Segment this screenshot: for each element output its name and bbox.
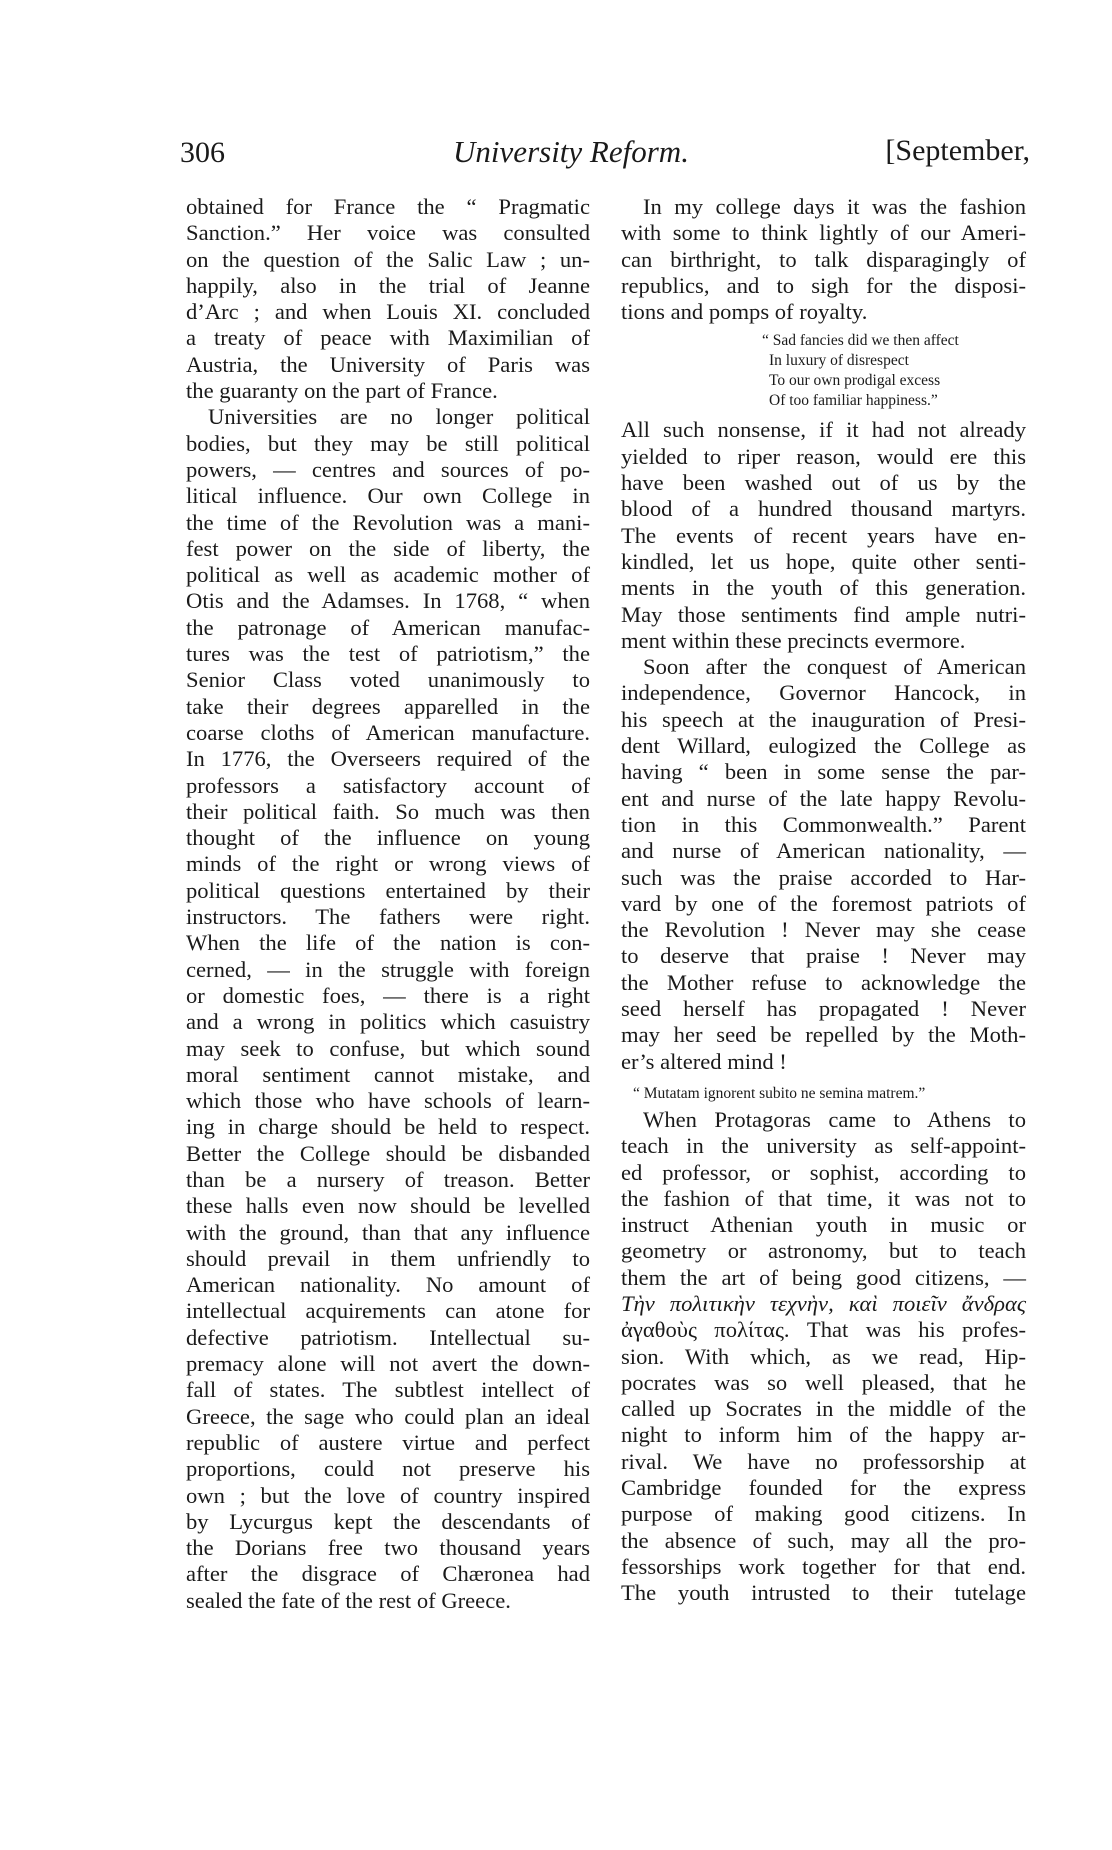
text-line: tions and pomps of royalty.: [621, 299, 1026, 325]
page-header: 306 University Reform. [September,: [0, 128, 1112, 172]
text-line: the time of the Revolution was a mani-: [186, 510, 590, 536]
text-line: should prevail in them unfriendly to: [186, 1246, 590, 1272]
text-line: purpose of making good citizens. In: [621, 1501, 1026, 1527]
text-line: their political faith. So much was then: [186, 799, 590, 825]
text-line: called up Socrates in the middle of the: [621, 1396, 1026, 1422]
text-line: teach in the university as self-appoint-: [621, 1133, 1026, 1159]
text-line: tures was the test of patriotism,” the: [186, 641, 590, 667]
text-line: obtained for France the “ Pragmatic: [186, 194, 590, 220]
verse-line: To our own prodigal excess: [621, 371, 1026, 391]
paragraph-nonsense: All such nonsense, if it had not already…: [621, 417, 1026, 654]
text-line: The events of recent years have en-: [621, 523, 1026, 549]
text-line: the fashion of that time, it was not to: [621, 1186, 1026, 1212]
text-line: Τὴν πολιτικὴν τεχνὴν, καὶ ποιεῖν ἄνδρας: [621, 1291, 1026, 1317]
text-line: have been washed out of us by the: [621, 470, 1026, 496]
text-line: Better the College should be disbanded: [186, 1141, 590, 1167]
text-line: republic of austere virtue and perfect: [186, 1430, 590, 1456]
text-line: Cambridge founded for the express: [621, 1475, 1026, 1501]
text-line: cerned, — in the struggle with foreign: [186, 957, 590, 983]
paragraph-hancock: Soon after the conquest of Americanindep…: [621, 654, 1026, 1075]
verse-line: In luxury of disrespect: [621, 351, 1026, 371]
latin-quote: “ Mutatam ignorent subito ne semina matr…: [621, 1081, 1026, 1107]
text-line: ἀγαθοὺς πολίτας. That was his profes-: [621, 1317, 1026, 1343]
text-line: these halls even now should be levelled: [186, 1193, 590, 1219]
text-line: the Revolution ! Never may she cease: [621, 917, 1026, 943]
text-line: Soon after the conquest of American: [621, 654, 1026, 680]
text-line: proportions, could not preserve his: [186, 1456, 590, 1482]
right-column: In my college days it was the fashionwit…: [621, 194, 1026, 1607]
text-line: them the art of being good citizens, —: [621, 1265, 1026, 1291]
text-line: rival. We have no professorship at: [621, 1449, 1026, 1475]
text-line: by Lycurgus kept the descendants of: [186, 1509, 590, 1535]
paragraph-college-days: In my college days it was the fashionwit…: [621, 194, 1026, 325]
text-line: may her seed be repelled by the Moth-: [621, 1022, 1026, 1048]
text-line: than be a nursery of treason. Better: [186, 1167, 590, 1193]
text-line: take their degrees apparelled in the: [186, 694, 590, 720]
text-line: ent and nurse of the late happy Revolu-: [621, 786, 1026, 812]
text-line: tion in this Commonwealth.” Parent: [621, 812, 1026, 838]
text-line: In 1776, the Overseers required of the: [186, 746, 590, 772]
text-line: happily, also in the trial of Jeanne: [186, 273, 590, 299]
text-line: minds of the right or wrong views of: [186, 851, 590, 877]
text-line: Austria, the University of Paris was: [186, 352, 590, 378]
text-line: republics, and to sigh for the disposi-: [621, 273, 1026, 299]
text-line: defective patriotism. Intellectual su-: [186, 1325, 590, 1351]
text-line: geometry or astronomy, but to teach: [621, 1238, 1026, 1264]
text-line: American nationality. No amount of: [186, 1272, 590, 1298]
text-line: Otis and the Adamses. In 1768, “ when: [186, 588, 590, 614]
text-line: a treaty of peace with Maximilian of: [186, 325, 590, 351]
text-line: seed herself has propagated ! Never: [621, 996, 1026, 1022]
text-line: own ; but the love of country inspired: [186, 1483, 590, 1509]
text-line: the guaranty on the part of France.: [186, 378, 590, 404]
text-line: coarse cloths of American manufacture.: [186, 720, 590, 746]
left-column: obtained for France the “ PragmaticSanct…: [186, 194, 590, 1614]
verse-line: “ Sad fancies did we then affect: [621, 331, 1026, 351]
text-line: instruct Athenian youth in music or: [621, 1212, 1026, 1238]
text-line: fest power on the side of liberty, the: [186, 536, 590, 562]
text-line: the patronage of American manufac-: [186, 615, 590, 641]
text-line: night to inform him of the happy ar-: [621, 1422, 1026, 1448]
text-line: kindled, let us hope, quite other senti-: [621, 549, 1026, 575]
verse-quote: “ Sad fancies did we then affectIn luxur…: [621, 331, 1026, 411]
text-line: The youth intrusted to their tutelage: [621, 1580, 1026, 1606]
text-line: having “ been in some sense the par-: [621, 759, 1026, 785]
text-line: the Mother refuse to acknowledge the: [621, 970, 1026, 996]
text-line: When Protagoras came to Athens to: [621, 1107, 1026, 1133]
text-line: his speech at the inauguration of Presi-: [621, 707, 1026, 733]
text-line: yielded to riper reason, would ere this: [621, 444, 1026, 470]
text-line: the absence of such, may all the pro-: [621, 1528, 1026, 1554]
text-line: independence, Governor Hancock, in: [621, 680, 1026, 706]
text-line: political as well as academic mother of: [186, 562, 590, 588]
text-line: such was the praise accorded to Har-: [621, 865, 1026, 891]
text-line: fall of states. The subtlest intellect o…: [186, 1377, 590, 1403]
text-line: instructors. The fathers were right.: [186, 904, 590, 930]
text-line: or domestic foes, — there is a right: [186, 983, 590, 1009]
text-line: sion. With which, as we read, Hip-: [621, 1344, 1026, 1370]
text-line: to deserve that praise ! Never may: [621, 943, 1026, 969]
text-line: ment within these precincts evermore.: [621, 628, 1026, 654]
text-line: may seek to confuse, but which sound: [186, 1036, 590, 1062]
text-line: bodies, but they may be still political: [186, 431, 590, 457]
text-line: Sanction.” Her voice was consulted: [186, 220, 590, 246]
text-line: All such nonsense, if it had not already: [621, 417, 1026, 443]
text-line: When the life of the nation is con-: [186, 930, 590, 956]
text-line: In my college days it was the fashion: [621, 194, 1026, 220]
text-line: blood of a hundred thousand martyrs.: [621, 496, 1026, 522]
text-line: political questions entertained by their: [186, 878, 590, 904]
text-line: ments in the youth of this generation.: [621, 575, 1026, 601]
text-line: May those sentiments find ample nutri-: [621, 602, 1026, 628]
text-line: and a wrong in politics which casuistry: [186, 1009, 590, 1035]
paragraph-protagoras: When Protagoras came to Athens toteach i…: [621, 1107, 1026, 1607]
text-line: er’s altered mind !: [621, 1049, 1026, 1075]
text-line: fessorships work together for that end.: [621, 1554, 1026, 1580]
text-line: premacy alone will not avert the down-: [186, 1351, 590, 1377]
text-line: the Dorians free two thousand years: [186, 1535, 590, 1561]
text-line: sealed the fate of the rest of Greece.: [186, 1588, 590, 1614]
text-line: pocrates was so well pleased, that he: [621, 1370, 1026, 1396]
text-line: powers, — centres and sources of po-: [186, 457, 590, 483]
text-line: dent Willard, eulogized the College as: [621, 733, 1026, 759]
text-line: Universities are no longer political: [186, 404, 590, 430]
text-line: intellectual acquirements can atone for: [186, 1298, 590, 1324]
text-line: d’Arc ; and when Louis XI. concluded: [186, 299, 590, 325]
text-line: after the disgrace of Chæronea had: [186, 1561, 590, 1587]
text-line: professors a satisfactory account of: [186, 773, 590, 799]
text-line: and nurse of American nationality, —: [621, 838, 1026, 864]
text-line: Senior Class voted unanimously to: [186, 667, 590, 693]
section-date: [September,: [885, 134, 1030, 168]
text-line: with the ground, than that any influence: [186, 1220, 590, 1246]
text-line: litical influence. Our own College in: [186, 483, 590, 509]
text-line: moral sentiment cannot mistake, and: [186, 1062, 590, 1088]
text-line: which those who have schools of learn-: [186, 1088, 590, 1114]
text-line: thought of the influence on young: [186, 825, 590, 851]
text-line: on the question of the Salic Law ; un-: [186, 247, 590, 273]
text-line: vard by one of the foremost patriots of: [621, 891, 1026, 917]
text-line: can birthright, to talk disparagingly of: [621, 247, 1026, 273]
verse-line: Of too familiar happiness.”: [621, 391, 1026, 411]
text-line: Greece, the sage who could plan an ideal: [186, 1404, 590, 1430]
text-line: with some to think lightly of our Ameri-: [621, 220, 1026, 246]
text-line: ed professor, or sophist, according to: [621, 1160, 1026, 1186]
text-line: ing in charge should be held to respect.: [186, 1114, 590, 1140]
